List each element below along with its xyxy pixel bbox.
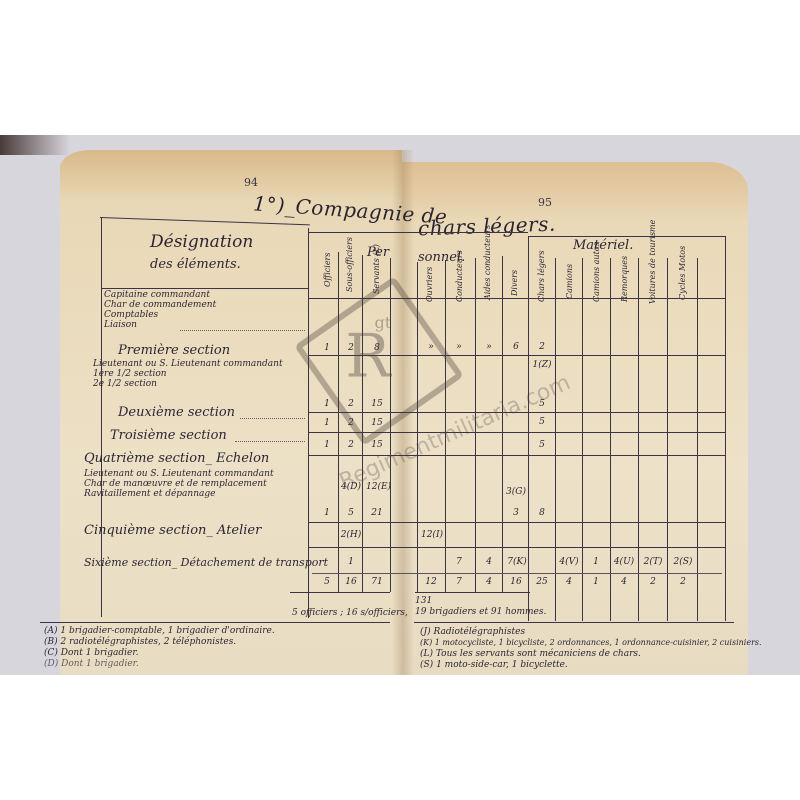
- footnote-text: 1 motocycliste, 1 bicycliste, 2 ordonnan…: [435, 638, 762, 647]
- line-liaison: Liaison: [104, 320, 137, 330]
- grand-total-ouvriers: 12: [420, 577, 442, 588]
- cell-s3-officiers: 1: [316, 440, 338, 451]
- col-header-conducteurs: Conducteurs: [455, 260, 464, 302]
- line-ravitaillement: Ravitaillement et dépannage: [84, 489, 215, 499]
- row-sep: [308, 522, 725, 523]
- footnote-key: (L): [420, 649, 433, 659]
- footnote-text: Dont 1 brigadier.: [61, 659, 139, 669]
- footnote-rule-left: [40, 622, 390, 623]
- grand-total-divers: 16: [505, 577, 527, 588]
- grand-total-chars: 25: [531, 577, 553, 588]
- line-comptables: Comptables: [104, 310, 158, 320]
- designation-heading: Désignation: [150, 232, 253, 252]
- footnote-key: (C): [44, 648, 58, 658]
- footnote-text: Radiotélégraphistes: [434, 627, 526, 637]
- cell-s1-chars-detail: 1(Z): [531, 360, 553, 371]
- section-premiere: Première section: [118, 343, 230, 358]
- col-header-camions-autos: Camions autos: [592, 262, 601, 302]
- designation-subheading: des éléments.: [150, 257, 241, 272]
- cell-s5-sous-officiers: 2(H): [340, 530, 362, 541]
- footnote-text: Tous les servants sont mécaniciens de ch…: [436, 649, 641, 659]
- col-header-camions: Camions: [565, 262, 574, 300]
- footnote-b: (B) 2 radiotélégraphistes, 2 téléphonist…: [44, 637, 236, 648]
- personnel-top-border: [308, 232, 528, 233]
- grand-total-conducteurs: 7: [448, 577, 470, 588]
- bottom-margin: [0, 675, 800, 800]
- cell-s4-divers-detail: 3(G): [505, 487, 527, 498]
- watermark-logo-sup: gt: [374, 313, 391, 332]
- col-header-sous-officiers: Sous-officiers: [345, 254, 354, 292]
- cell-s0-aides: »: [478, 342, 500, 353]
- grand-total-voitures: 2: [641, 577, 665, 588]
- line-half-section-2: 2e 1/2 section: [93, 379, 157, 389]
- col-header-chars-legers: Chars légers: [537, 262, 546, 302]
- section-sixieme: Sixième section_ Détachement de transpor…: [84, 556, 328, 569]
- line-char-commandement: Char de commandement: [104, 300, 216, 310]
- section-quatrieme: Quatrième section_ Echelon: [84, 451, 269, 466]
- footnote-c: (C) Dont 1 brigadier.: [44, 648, 139, 659]
- footnote-text: 2 radiotélégraphistes, 2 téléphonistes.: [61, 637, 237, 647]
- cell-s6-camions: 4(V): [557, 557, 581, 568]
- footnote-k: (K) 1 motocycliste, 1 bicycliste, 2 ordo…: [420, 638, 762, 649]
- col-sep: [725, 236, 726, 621]
- grand-total-sous-officiers: 16: [340, 577, 362, 588]
- cell-s6-sous-officiers: 1: [340, 557, 362, 568]
- footnote-j: (J) Radiotélégraphistes: [420, 627, 525, 638]
- footnote-key: (S): [420, 660, 433, 670]
- cell-s6-conducteurs: 7: [448, 557, 470, 568]
- grand-total-camions: 4: [557, 577, 581, 588]
- footnote-l: (L) Tous les servants sont mécaniciens d…: [420, 649, 641, 660]
- row-sep: [308, 547, 725, 548]
- watermark-logo-letter: R: [345, 321, 390, 391]
- materiel-top-border: [528, 236, 725, 237]
- section-deuxieme: Deuxième section: [118, 405, 235, 420]
- footnote-key: (K): [420, 638, 432, 647]
- line-capitaine: Capitaine commandant: [104, 290, 210, 300]
- line-lieutenant-1: Lieutenant ou S. Lieutenant commandant: [93, 359, 283, 369]
- grand-total-cycles: 2: [670, 577, 696, 588]
- col-header-cycles-motos: Cycles Motos: [678, 262, 687, 300]
- cell-s4-sous-officiers: 5: [340, 508, 362, 519]
- col-header-divers: Divers: [510, 266, 519, 300]
- cell-s4-officiers: 1: [316, 508, 338, 519]
- col-sep: [667, 258, 668, 621]
- footnote-key: (J): [420, 627, 431, 637]
- grand-total-servants: 71: [366, 577, 388, 588]
- left-page-number: 94: [244, 176, 258, 189]
- footnote-text: 1 moto-side-car, 1 bicyclette.: [436, 660, 568, 670]
- footnote-key: (A): [44, 626, 58, 636]
- cell-s3-chars: 5: [531, 440, 553, 451]
- materiel-heading: Matériel.: [573, 238, 633, 253]
- cell-s2-chars: 5: [531, 417, 553, 428]
- summary-total-number: 131: [415, 596, 432, 607]
- cell-s0-chars: 2: [531, 342, 553, 353]
- right-page-number: 95: [538, 196, 552, 209]
- col-sep: [638, 258, 639, 621]
- cell-s6-cycles: 2(S): [670, 557, 696, 568]
- grand-total-camions-autos: 1: [584, 577, 608, 588]
- grand-total-aides: 4: [478, 577, 500, 588]
- footnote-text: Dont 1 brigadier.: [61, 648, 139, 658]
- cell-s6-voitures: 2(T): [641, 557, 665, 568]
- col-sep: [610, 258, 611, 621]
- grand-total-border: [290, 592, 390, 593]
- cell-s5-ouvriers: 12(I): [420, 530, 444, 541]
- cell-s6-camions-autos: 1: [584, 557, 608, 568]
- backdrop-shadow: [0, 135, 70, 155]
- col-sep: [697, 258, 698, 621]
- dot-leader: [240, 418, 305, 419]
- col-header-remorques: Remorques: [620, 262, 629, 302]
- col-sep: [582, 258, 583, 621]
- grand-total-officiers: 5: [316, 577, 338, 588]
- summary-men: 19 brigadiers et 91 hommes.: [415, 607, 546, 618]
- footnote-rule-right: [414, 622, 734, 623]
- col-header-officiers: Officiers: [323, 250, 332, 290]
- cell-s0-conducteurs: »: [448, 342, 470, 353]
- cell-s3-sous-officiers: 2: [340, 440, 362, 451]
- dot-leader: [180, 330, 305, 331]
- totals-rule: [312, 573, 722, 574]
- col-header-aides-conducteurs: Aides conducteurs: [483, 256, 492, 300]
- line-half-section-1: 1ère 1/2 section: [93, 369, 167, 379]
- dot-leader: [235, 441, 305, 442]
- footnote-key: (B): [44, 637, 58, 647]
- cell-s2-officiers: 1: [316, 418, 338, 429]
- cell-s6-remorques: 4(U): [612, 557, 636, 568]
- col-sep: [555, 258, 556, 621]
- footnote-a: (A) 1 brigadier-comptable, 1 brigadier d…: [44, 626, 275, 637]
- col-sep: [338, 252, 339, 592]
- section-cinquieme: Cinquième section_ Atelier: [84, 523, 261, 538]
- grand-total-remorques: 4: [612, 577, 636, 588]
- line-lieutenant-4: Lieutenant ou S. Lieutenant commandant: [84, 469, 274, 479]
- header-bottom-border: [101, 288, 308, 289]
- cell-s0-divers: 6: [505, 342, 527, 353]
- section-troisieme: Troisième section: [110, 428, 227, 443]
- cell-s4-servants: 21: [366, 508, 388, 519]
- footnote-key: (D): [44, 659, 58, 669]
- footnote-d: (D) Dont 1 brigadier.: [44, 659, 139, 670]
- cell-s4-divers: 3: [505, 508, 527, 519]
- footnote-text: 1 brigadier-comptable, 1 brigadier d'ord…: [60, 626, 274, 636]
- cell-s4-chars: 8: [531, 508, 553, 519]
- cell-s6-aides: 4: [478, 557, 500, 568]
- cell-s6-divers: 7(K): [505, 557, 529, 568]
- summary-officers: 5 officiers ; 16 s/officiers,: [292, 608, 408, 619]
- footnote-s: (S) 1 moto-side-car, 1 bicyclette.: [420, 660, 568, 671]
- grand-total-border: [415, 592, 530, 593]
- line-char-manoeuvre: Char de manœuvre et de remplacement: [84, 479, 267, 489]
